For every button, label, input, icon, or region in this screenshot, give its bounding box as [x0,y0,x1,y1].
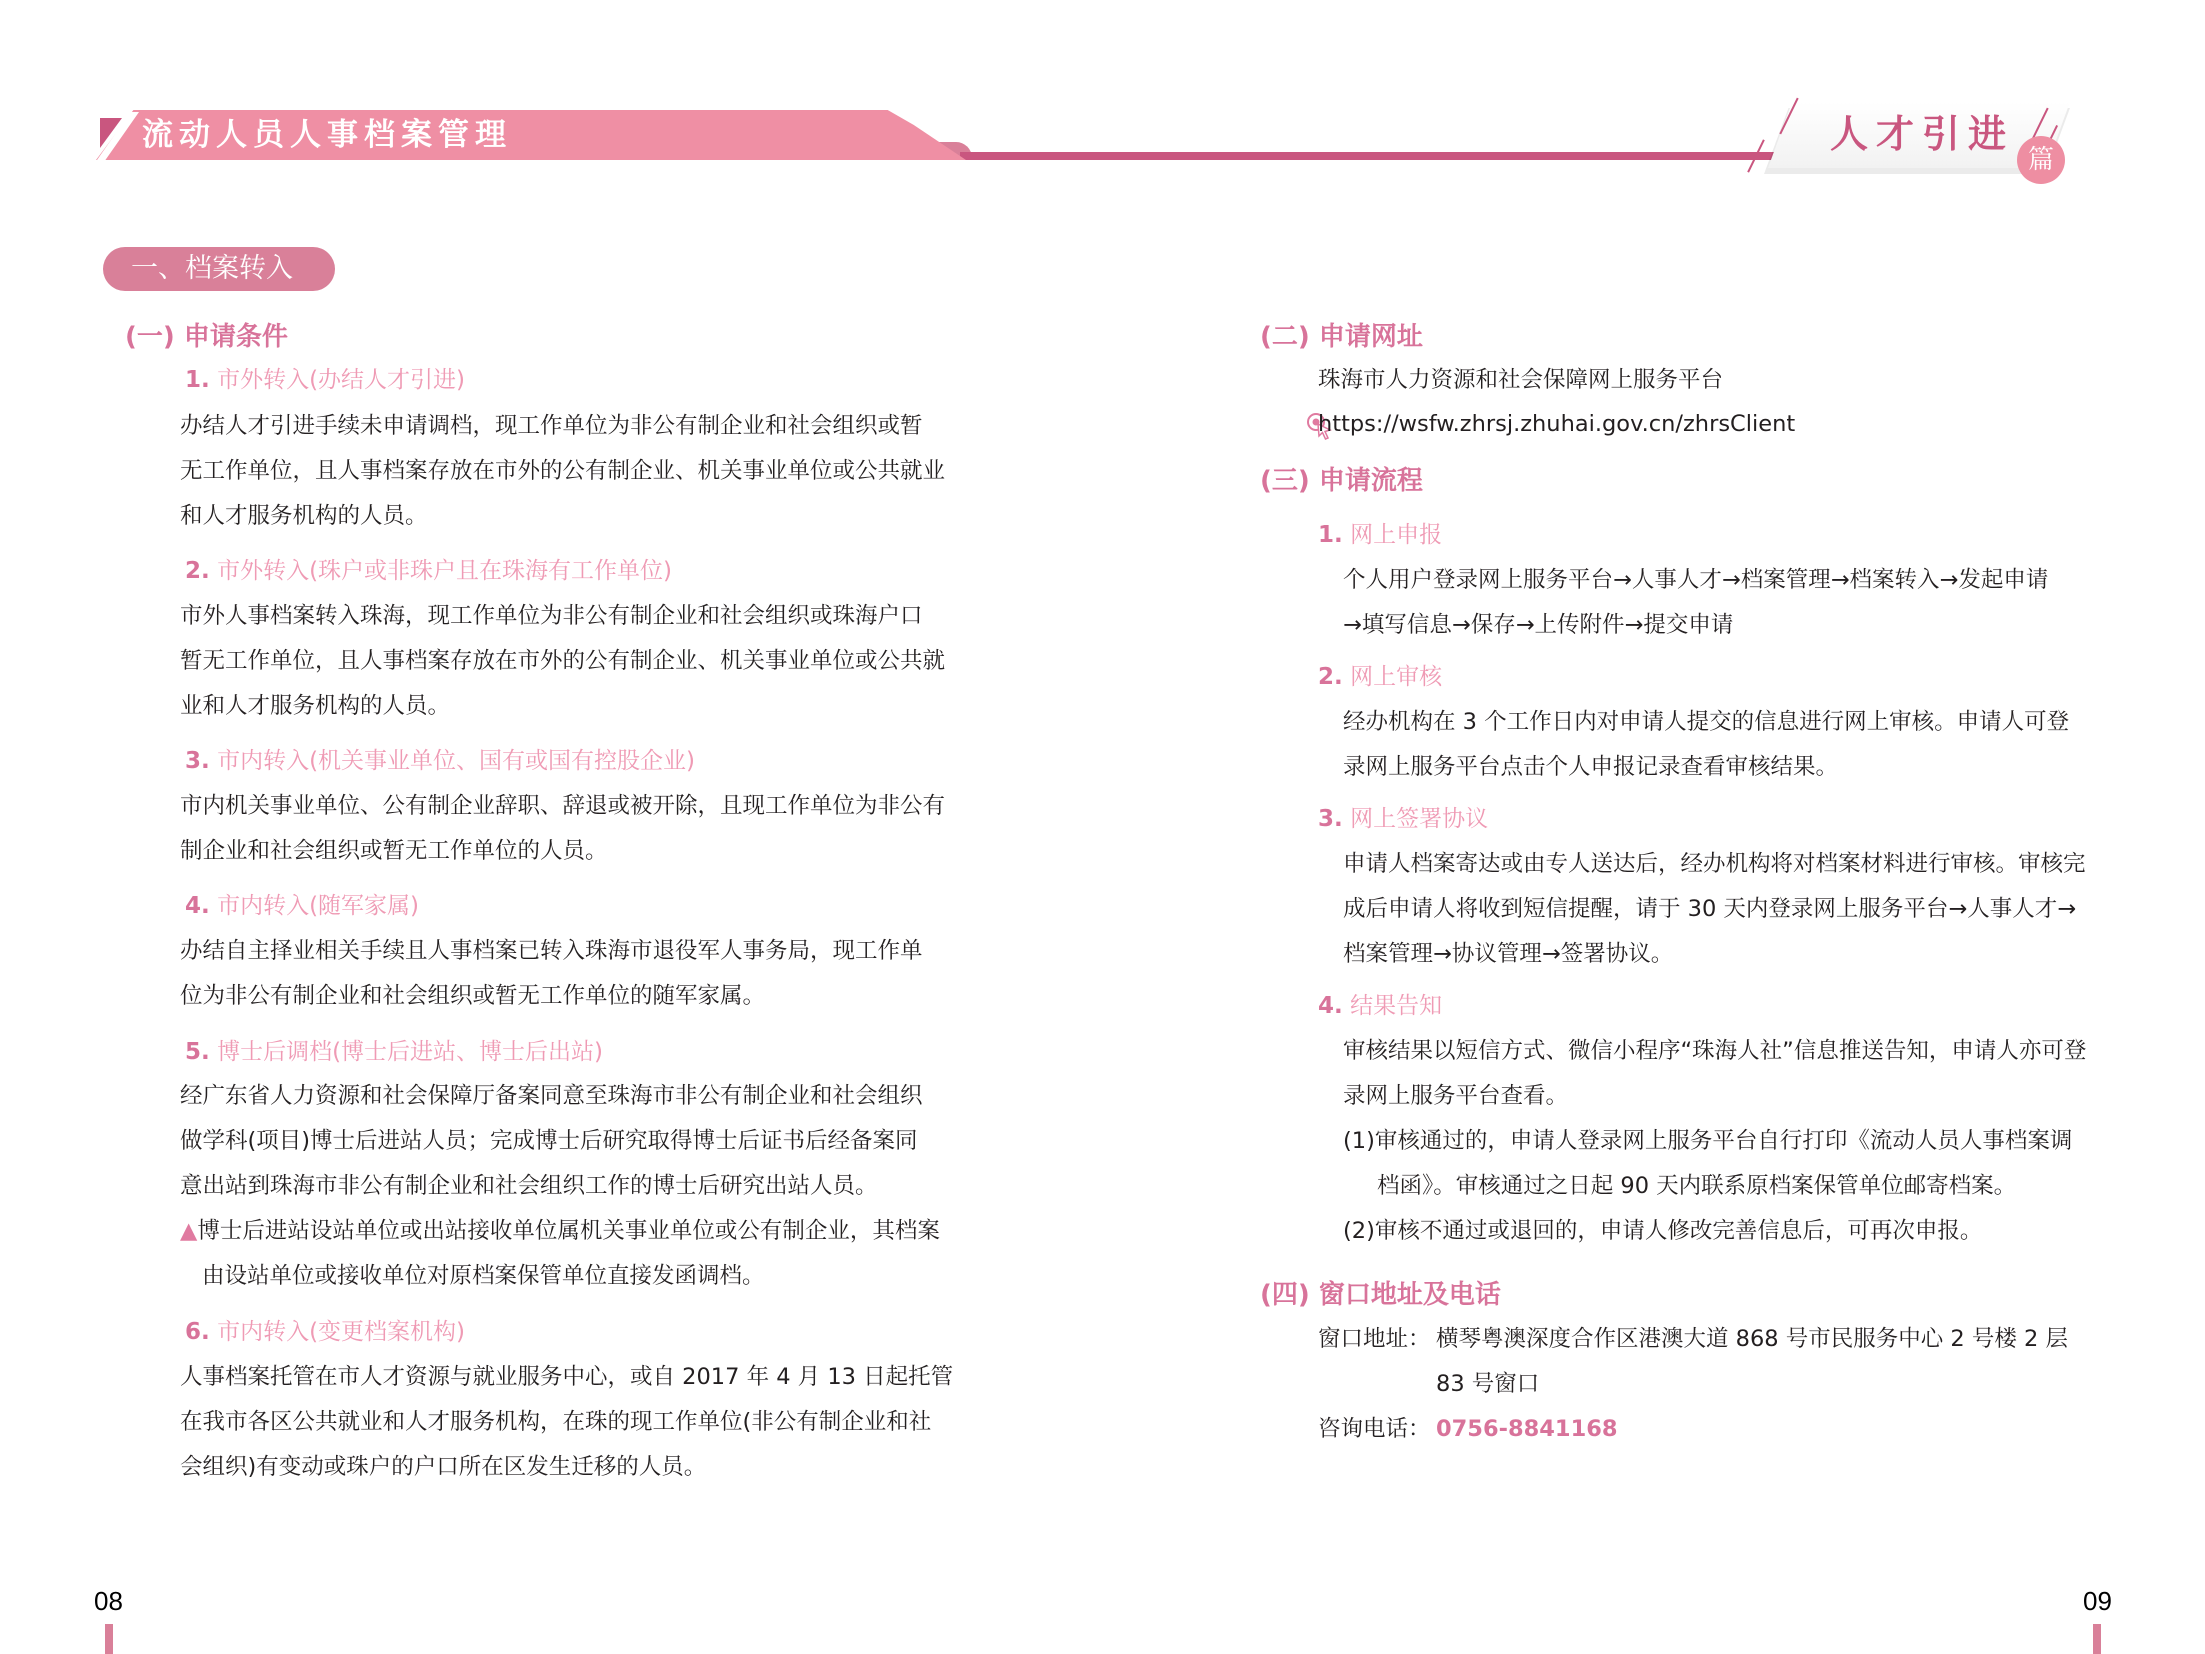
condition-6-title: 6. 市内转入(变更档案机构) [185,1316,465,1348]
address-label: 窗口地址： [1318,1317,1431,1362]
condition-4-title: 4. 市内转入(随军家属) [185,890,419,922]
condition-1-title: 1. 市外转入(办结人才引进) [185,364,465,396]
conditions-heading: (一) 申请条件 [125,320,288,354]
condition-5-title: 5. 博士后调档(博士后进站、博士后出站) [185,1036,603,1068]
step-2-body: 经办机构在 3 个工作日内对申请人提交的信息进行网上审核。申请人可登 录网上服务… [1343,700,2069,790]
condition-4-body: 办结自主择业相关手续且人事档案已转入珠海市退役军人事务局，现工作单 位为非公有制… [180,929,923,1019]
process-heading: (三) 申请流程 [1260,464,1423,498]
step-3-body: 申请人档案寄达或由专人送达后，经办机构将对档案材料进行审核。审核完 成后申请人将… [1343,842,2086,977]
condition-1-body: 办结人才引进手续未申请调档，现工作单位为非公有制企业和社会组织或暂 无工作单位，… [180,404,945,539]
page-number-right: 09 [2083,1586,2112,1617]
step-2-title: 2. 网上审核 [1318,661,1442,693]
step-3-title: 3. 网上签署协议 [1318,803,1488,835]
step-1-title: 1. 网上申报 [1318,519,1442,551]
condition-2-body: 市外人事档案转入珠海，现工作单位为非公有制企业和社会组织或珠海户口 暂无工作单位… [180,594,945,729]
phone-label: 咨询电话： [1318,1407,1431,1452]
website-url-link[interactable]: https://wsfw.zhrsj.zhuhai.gov.cn/zhrsCli… [1318,402,1795,447]
step-4-body: 审核结果以短信方式、微信小程序“珠海人社”信息推送告知，申请人亦可登 录网上服务… [1343,1029,2086,1254]
condition-5-note: ▲博士后进站设站单位或出站接收单位属机关事业单位或公有制企业，其档案 由设站单位… [180,1209,940,1299]
condition-2-title: 2. 市外转入(珠户或非珠户且在珠海有工作单位) [185,555,672,587]
triangle-marker-icon: ▲ [180,1218,197,1244]
condition-3-title: 3. 市内转入(机关事业单位、国有或国有控股企业) [185,745,695,777]
page-marker-left [105,1624,113,1654]
condition-3-body: 市内机关事业单位、公有制企业辞职、辞退或被开除，且现工作单位为非公有 制企业和社… [180,784,945,874]
step-4-title: 4. 结果告知 [1318,990,1442,1022]
step-1-body: 个人用户登录网上服务平台→人事人才→档案管理→档案转入→发起申请 →填写信息→保… [1343,558,2048,648]
condition-5-body: 经广东省人力资源和社会保障厅备案同意至珠海市非公有制企业和社会组织 做学科(项目… [180,1074,923,1209]
section-pill: 一、档案转入 [103,247,335,291]
header-rule-line [960,152,1800,160]
address-value: 横琴粤澳深度合作区港澳大道 868 号市民服务中心 2 号楼 2 层 83 号窗… [1436,1317,2068,1407]
page-number-left: 08 [94,1586,123,1617]
website-heading: (二) 申请网址 [1260,320,1423,354]
page-marker-right [2093,1624,2101,1654]
condition-6-body: 人事档案托管在市人才资源与就业服务中心，或自 2017 年 4 月 13 日起托… [180,1355,953,1490]
platform-name: 珠海市人力资源和社会保障网上服务平台 [1318,358,1723,403]
chapter-badge: 篇 [2017,136,2065,184]
header-right-title: 人才引进 [1830,110,2014,158]
contact-heading: (四) 窗口地址及电话 [1260,1278,1501,1312]
phone-number[interactable]: 0756-8841168 [1436,1407,1618,1452]
header-left-title: 流动人员人事档案管理 [142,115,512,155]
